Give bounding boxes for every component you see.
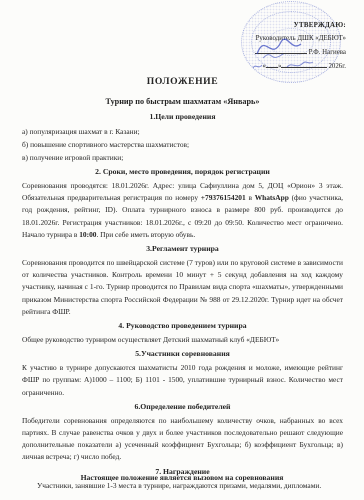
section-4-heading: 4. Руководство проведением турнира — [22, 321, 343, 331]
regulations-paragraph: Соревнования проводится по швейцарской с… — [22, 257, 343, 318]
management-paragraph: Общее руководство турниром осуществляет … — [22, 334, 343, 346]
phone-number: +79376154201 — [201, 193, 246, 202]
section-5-heading: 5.Участники соревнования — [22, 349, 343, 359]
section-1-heading: 1.Цели проведения — [22, 112, 343, 122]
goal-item-b: б) повышение спортивного мастерства шахм… — [22, 138, 343, 151]
goal-item-v: в) получение игровой практики; — [22, 151, 343, 164]
closing-statement: Настоящее положение является вызовом на … — [0, 473, 364, 482]
document-page: УТВЕРЖДАЮ: Руководитель ДШК «ДЕБЮТ» Р.Ф.… — [0, 0, 364, 500]
doc-title: ПОЛОЖЕНИЕ — [22, 76, 343, 87]
document-body: ПОЛОЖЕНИЕ Турнир по быстрым шахматам «Ян… — [0, 0, 364, 492]
section-3-heading: 3.Регламент турнира — [22, 244, 343, 254]
registration-text-4: . При себе иметь вторую обувь. — [96, 230, 195, 239]
winners-paragraph: Победители соревнования определяются по … — [22, 415, 343, 464]
section-2-heading: 2. Сроки, место проведения, порядок реги… — [22, 167, 343, 177]
participants-paragraph: К участию в турнире допускаются шахматис… — [22, 362, 343, 399]
whatsapp-label: WhatsApp — [255, 193, 289, 202]
registration-paragraph: Соревнования проводятся: 18.01.2026г. Ад… — [22, 180, 343, 241]
start-time: 10:00 — [79, 230, 96, 239]
goal-item-a: а) популяризация шахмат в г. Казани; — [22, 125, 343, 138]
section-6-heading: 6.Определение победителей — [22, 402, 343, 412]
registration-text-2: в — [246, 193, 255, 202]
doc-subtitle: Турнир по быстрым шахматам «Январь» — [22, 96, 343, 107]
handwritten-signature — [243, 30, 347, 72]
